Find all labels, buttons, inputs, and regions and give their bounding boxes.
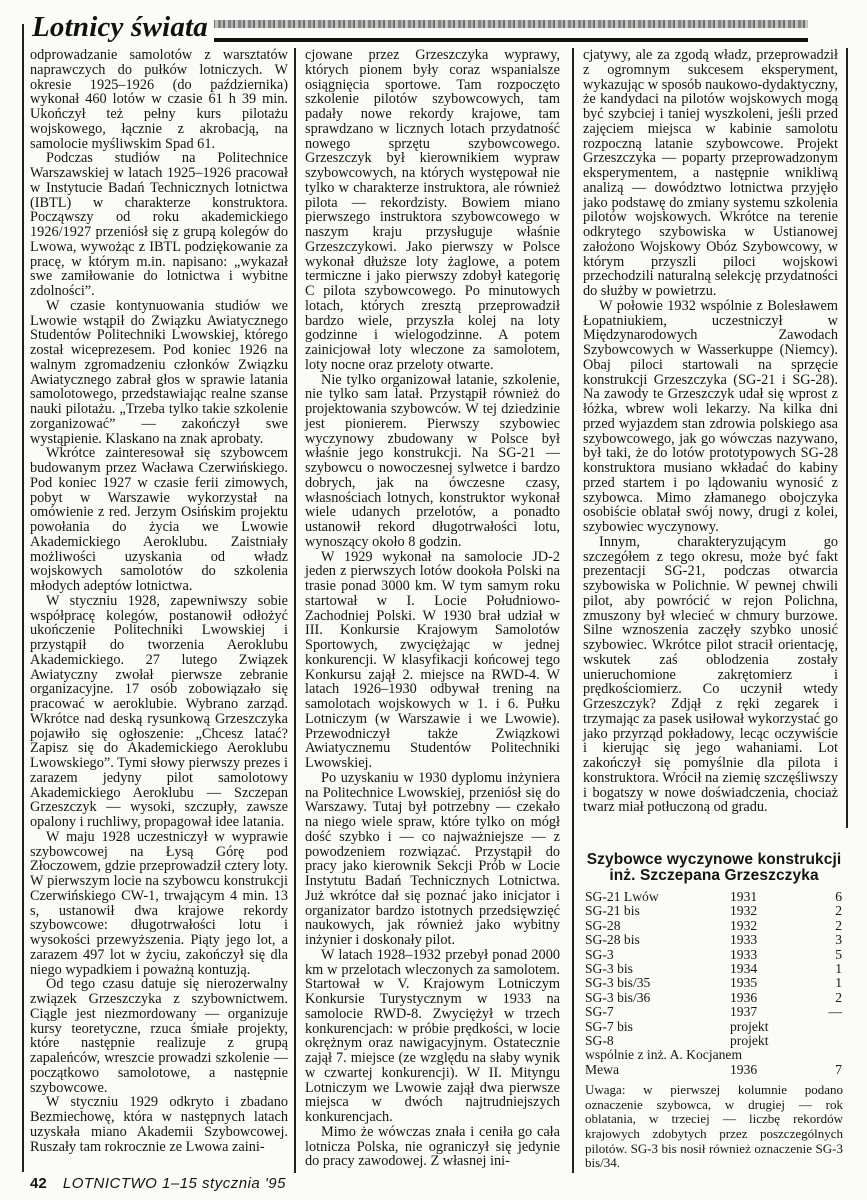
table-row: SG-7 bisprojekt [585, 1020, 843, 1034]
table-rows: SG-21 Lwów19316SG-21 bis19322SG-2819322S… [585, 890, 843, 1048]
table-row: SG-2819322 [585, 919, 843, 933]
glider-records: 1 [820, 976, 842, 990]
glider-records [820, 1034, 842, 1048]
glider-name: SG-3 bis/35 [585, 976, 730, 990]
glider-records: 2 [820, 991, 842, 1005]
glider-year: 1932 [730, 904, 820, 918]
page-footer: 42 LOTNICTWO 1–15 stycznia '95 [30, 1175, 286, 1192]
glider-year: 1934 [730, 962, 820, 976]
table-note: Uwaga: w pierwszej kolumnie podano oznac… [585, 1083, 843, 1171]
table-row: SG-21 bis19322 [585, 904, 843, 918]
glider-name: SG-28 [585, 919, 730, 933]
table-row: SG-319335 [585, 948, 843, 962]
glider-year: 1936 [730, 1063, 820, 1077]
glider-records: 6 [820, 890, 842, 904]
glider-year: 1936 [730, 991, 820, 1005]
table-row: SG-71937— [585, 1005, 843, 1019]
table-title-line: Szybowce wyczynowe konstrukcji [585, 852, 843, 868]
glider-year: projekt [730, 1020, 820, 1034]
glider-records: 7 [820, 1063, 842, 1077]
glider-records: 3 [820, 933, 842, 947]
table-title-line: inż. Szczepana Grzeszczyka [585, 868, 843, 884]
paragraph: Podczas studiów na Politechnice Warszaws… [30, 151, 288, 299]
paragraph: W maju 1928 uczestniczył w wyprawie szyb… [30, 830, 288, 978]
glider-name: SG-28 bis [585, 933, 730, 947]
right-border-rule [846, 48, 848, 828]
paragraph: W latach 1928–1932 przebył ponad 2000 km… [305, 948, 560, 1125]
paragraph: cjatywy, ale za zgodą władz, przeprowadz… [583, 48, 838, 299]
glider-year: 1933 [730, 948, 820, 962]
paragraph: cjowane przez Grzeszczyka wyprawy, który… [305, 48, 560, 373]
paragraph: Od tego czasu datuje się nierozerwalny z… [30, 977, 288, 1095]
paragraph: odprowadzanie samolotów z warsztatów nap… [30, 48, 288, 151]
paragraph: W styczniu 1929 odkryto i zbadano Bezmie… [30, 1095, 288, 1154]
column-divider-1 [294, 48, 296, 1173]
glider-year: 1933 [730, 933, 820, 947]
glider-name: SG-8 [585, 1034, 730, 1048]
glider-name: SG-3 bis [585, 962, 730, 976]
article-column-2: cjowane przez Grzeszczyka wyprawy, który… [305, 48, 560, 1169]
glider-name: SG-21 Lwów [585, 890, 730, 904]
paragraph: W styczniu 1928, zapewniwszy sobie współ… [30, 594, 288, 830]
glider-year: 1935 [730, 976, 820, 990]
glider-records: 2 [820, 904, 842, 918]
paragraph: W czasie kontynuowania studiów we Lwowie… [30, 299, 288, 447]
gliders-table: Szybowce wyczynowe konstrukcji inż. Szcz… [585, 852, 843, 1171]
glider-name: SG-21 bis [585, 904, 730, 918]
magazine-issue: LOTNICTWO 1–15 stycznia '95 [63, 1175, 286, 1192]
paragraph: Po uzyskaniu w 1930 dyplomu inżyniera na… [305, 771, 560, 948]
paragraph: W 1929 wykonał na samolocie JD-2 jeden z… [305, 550, 560, 771]
joint-construction-label: wspólnie z inż. A. Kocjanem [585, 1048, 843, 1062]
glider-year: 1931 [730, 890, 820, 904]
left-border-rule [22, 24, 24, 1172]
glider-records: 1 [820, 962, 842, 976]
paragraph: Innym, charakteryzującym go szczegółem z… [583, 535, 838, 815]
glider-name: SG-7 [585, 1005, 730, 1019]
page-number: 42 [30, 1175, 47, 1192]
table-row: Mewa 1936 7 [585, 1063, 843, 1077]
glider-name: SG-3 bis/36 [585, 991, 730, 1005]
paragraph: W połowie 1932 wspólnie z Bolesławem Łop… [583, 299, 838, 535]
glider-name: SG-3 [585, 948, 730, 962]
table-row: SG-8projekt [585, 1034, 843, 1048]
glider-records: 5 [820, 948, 842, 962]
paragraph: Nie tylko organizował latanie, szkolenie… [305, 373, 560, 550]
table-row: SG-3 bis19341 [585, 962, 843, 976]
header-texture-band [178, 20, 808, 28]
paragraph: Wkrótce zainteresował się szybowcem budo… [30, 446, 288, 594]
article-column-3: cjatywy, ale za zgodą władz, przeprowadz… [583, 48, 838, 815]
table-title: Szybowce wyczynowe konstrukcji inż. Szcz… [585, 852, 843, 884]
paragraph: Mimo że wówczas znała i ceniła go cała l… [305, 1125, 560, 1169]
glider-year: projekt [730, 1034, 820, 1048]
column-divider-2 [572, 48, 574, 1173]
section-header: Lotnicy świata [28, 12, 808, 42]
glider-year: 1937 [730, 1005, 820, 1019]
table-row: SG-28 bis19333 [585, 933, 843, 947]
glider-records: 2 [820, 919, 842, 933]
header-rule [178, 38, 808, 42]
table-row: SG-21 Lwów19316 [585, 890, 843, 904]
glider-name: SG-7 bis [585, 1020, 730, 1034]
section-title: Lotnicy świata [32, 12, 214, 42]
glider-name: Mewa [585, 1063, 730, 1077]
glider-year: 1932 [730, 919, 820, 933]
article-column-1: odprowadzanie samolotów z warsztatów nap… [30, 48, 288, 1154]
glider-records [820, 1020, 842, 1034]
table-row: SG-3 bis/3519351 [585, 976, 843, 990]
glider-records: — [820, 1005, 842, 1019]
table-row: SG-3 bis/3619362 [585, 991, 843, 1005]
